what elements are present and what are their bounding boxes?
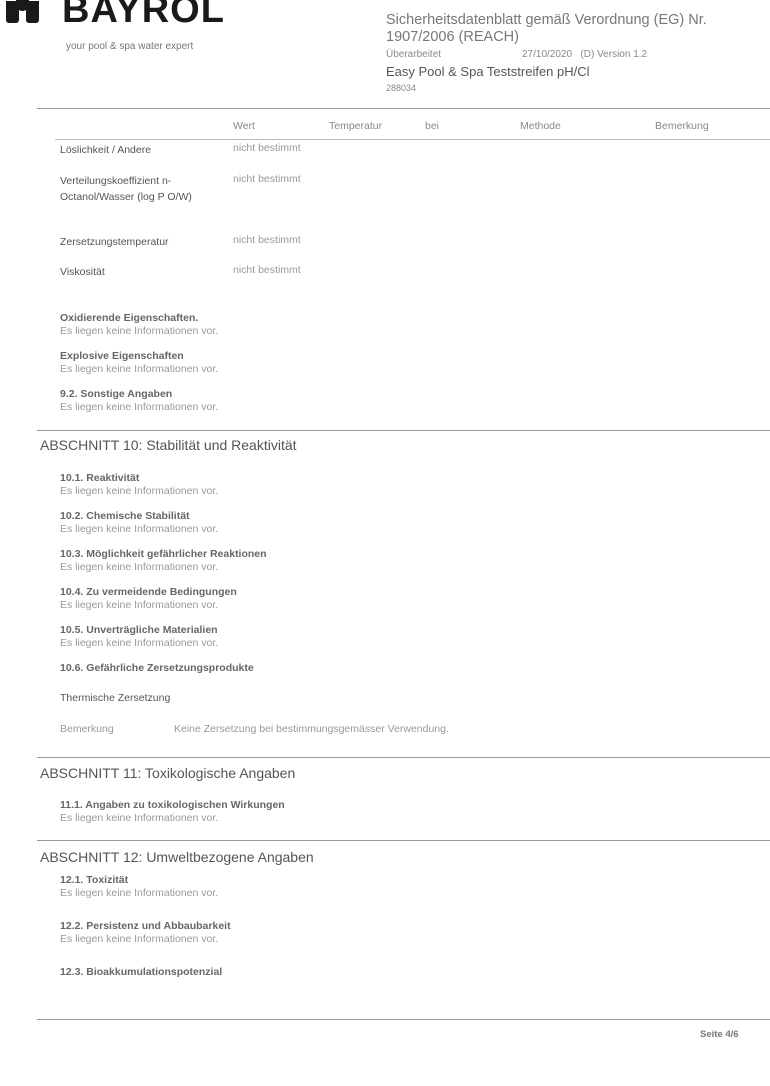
subsection-heading: 11.1. Angaben zu toxikologischen Wirkung… [60, 799, 285, 811]
table-row-property: Zersetzungstemperatur [60, 234, 225, 250]
col-bemerkung: Bemerkung [655, 120, 709, 132]
subsection-text: Es liegen keine Informationen vor. [60, 523, 218, 535]
version: (D) Version 1.2 [580, 49, 647, 60]
subsection-text: Es liegen keine Informationen vor. [60, 325, 218, 337]
col-methode: Methode [520, 120, 561, 132]
subsection-text: Es liegen keine Informationen vor. [60, 637, 218, 649]
brand-name: BAYROL [62, 0, 225, 30]
section-12-title: ABSCHNITT 12: Umweltbezogene Angaben [40, 849, 314, 865]
page-number: Seite 4/6 [700, 1029, 739, 1040]
thermal-decomposition-heading: Thermische Zersetzung [60, 692, 170, 704]
revised-date: 27/10/2020 [522, 49, 572, 60]
subsection-heading: 10.1. Reaktivität [60, 472, 139, 484]
product-name: Easy Pool & Spa Teststreifen pH/Cl [386, 64, 590, 79]
bayrol-logo: BAYROL [0, 0, 225, 30]
subsection-text: Es liegen keine Informationen vor. [60, 485, 218, 497]
section-divider [37, 757, 770, 758]
subsection-heading: 9.2. Sonstige Angaben [60, 388, 172, 400]
table-row-property: Viskosität [60, 264, 225, 280]
table-row-property: Löslichkeit / Andere [60, 142, 225, 158]
section-divider [37, 430, 770, 431]
subsection-text: Es liegen keine Informationen vor. [60, 599, 218, 611]
subsection-heading: 10.6. Gefährliche Zersetzungsprodukte [60, 662, 254, 674]
subsection-text: Es liegen keine Informationen vor. [60, 363, 218, 375]
table-row-value: nicht bestimmt [233, 234, 301, 246]
product-number: 288034 [386, 83, 416, 93]
subsection-heading: 12.2. Persistenz und Abbaubarkeit [60, 920, 231, 932]
subsection-heading: Explosive Eigenschaften [60, 350, 184, 362]
subsection-heading: 10.2. Chemische Stabilität [60, 510, 190, 522]
section-divider [37, 840, 770, 841]
subsection-text: Es liegen keine Informationen vor. [60, 812, 218, 824]
document-title: Sicherheitsdatenblatt gemäß Verordnung (… [386, 12, 766, 46]
bayrol-logo-icon [6, 0, 42, 27]
subsection-heading: 12.3. Bioakkumulationspotenzial [60, 966, 222, 978]
col-wert: Wert [233, 120, 255, 132]
col-bei: bei [425, 120, 439, 132]
table-row-property: Verteilungskoeffizient n-Octanol/Wasser … [60, 173, 220, 205]
section-11-title: ABSCHNITT 11: Toxikologische Angaben [40, 765, 295, 781]
revision-info: Überarbeitet 27/10/2020 (D) Version 1.2 [386, 49, 441, 60]
remark-text: Keine Zersetzung bei bestimmungsgemässer… [174, 723, 449, 735]
subsection-text: Es liegen keine Informationen vor. [60, 401, 218, 413]
header-divider [37, 108, 770, 109]
revised-date-version: 27/10/2020 (D) Version 1.2 [522, 49, 647, 60]
section-10-title: ABSCHNITT 10: Stabilität und Reaktivität [40, 437, 297, 453]
subsection-heading: 12.1. Toxizität [60, 874, 128, 886]
col-temperatur: Temperatur [329, 120, 382, 132]
subsection-text: Es liegen keine Informationen vor. [60, 561, 218, 573]
table-row-value: nicht bestimmt [233, 264, 301, 276]
table-header-divider [55, 139, 770, 140]
table-row-value: nicht bestimmt [233, 173, 301, 185]
subsection-heading: 10.5. Unverträgliche Materialien [60, 624, 218, 636]
subsection-text: Es liegen keine Informationen vor. [60, 933, 218, 945]
subsection-heading: Oxidierende Eigenschaften. [60, 312, 198, 324]
remark-label: Bemerkung [60, 723, 114, 735]
subsection-heading: 10.4. Zu vermeidende Bedingungen [60, 586, 237, 598]
table-row-value: nicht bestimmt [233, 142, 301, 154]
brand-tagline: your pool & spa water expert [66, 41, 193, 52]
subsection-text: Es liegen keine Informationen vor. [60, 887, 218, 899]
revised-label: Überarbeitet [386, 49, 441, 60]
subsection-heading: 10.3. Möglichkeit gefährlicher Reaktione… [60, 548, 267, 560]
footer-divider [37, 1019, 770, 1020]
